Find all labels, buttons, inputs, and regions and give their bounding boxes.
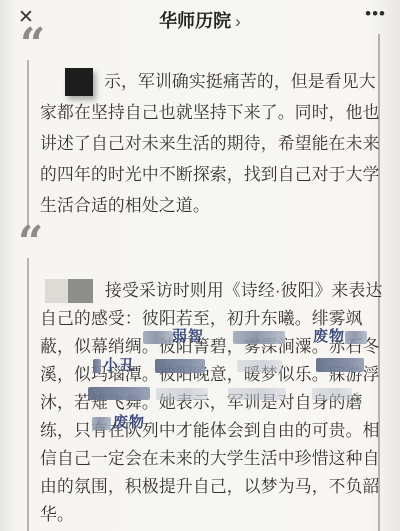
account-title[interactable]: 华师历院›: [0, 7, 400, 33]
quote-paragraph-1: 示，军训确实挺痛苦的，但是看见大 家都在坚持自己也就坚持下来了。同时，他也 讲述…: [40, 66, 380, 221]
quote-paragraph-2: 接受采访时则用《诗经·彼阳》来表达 自己的感受：彼阳若至，初升东曦。绯雾飒 蔽，…: [40, 277, 380, 529]
paragraph-line: 家都在坚持自己也就坚持下来了。同时，他也: [40, 97, 380, 128]
paragraph-line: 接受采访时则用《诗经·彼阳》来表达: [40, 277, 380, 305]
paragraph-line: 练，只有在队列中才能体会到自由的可贵。相: [40, 417, 380, 445]
paragraph-line: 信自己一定会在未来的大学生活中珍惜这种自: [40, 445, 380, 473]
paragraph-text: 接受采访时则用《诗经·彼阳》来表达: [105, 277, 383, 305]
open-quote-icon: “: [20, 30, 48, 60]
paragraph-line: 生活合适的相处之道。: [40, 190, 380, 221]
paragraph-line: 讲述了自己对未来生活的期待，希望能在未来: [40, 128, 380, 159]
more-menu-icon[interactable]: •••: [365, 4, 386, 24]
paragraph-line: 自己的感受：彼阳若至，初升东曦。绯雾飒: [40, 305, 380, 333]
quote-border-left: [27, 42, 29, 531]
paragraph-line: 沐，若雉飞舞。她表示，军训是对自身的磨: [40, 389, 380, 417]
redaction-gray-light-box: [45, 279, 68, 303]
paragraph-line: 溪，似玛瑙潭。彼阳晚意，暖梦似乐。寐游浮: [40, 361, 380, 389]
page-title: 华师历院: [159, 11, 231, 31]
paragraph-line: 示，军训确实挺痛苦的，但是看见大: [40, 66, 380, 97]
redaction-black-box: [65, 68, 93, 96]
chevron-right-icon: ›: [235, 12, 241, 31]
paragraph-line: 由的氛围，积极提升自己，以梦为马，不负韶: [40, 473, 380, 501]
paragraph-line: 华。: [40, 501, 380, 529]
open-quote-icon: “: [18, 228, 46, 258]
paragraph-line: 的四年的时光中不断探索，找到自己对于大学: [40, 159, 380, 190]
paragraph-text: 示，军训确实挺痛苦的，但是看见大: [104, 66, 376, 97]
navbar: ✕ 华师历院› •••: [0, 0, 400, 34]
redaction-gray-dark-box: [68, 279, 93, 303]
paragraph-line: 蔽，似幕绡绸。彼阳箐碧，雾霂涧潥。赤石冬: [40, 333, 380, 361]
